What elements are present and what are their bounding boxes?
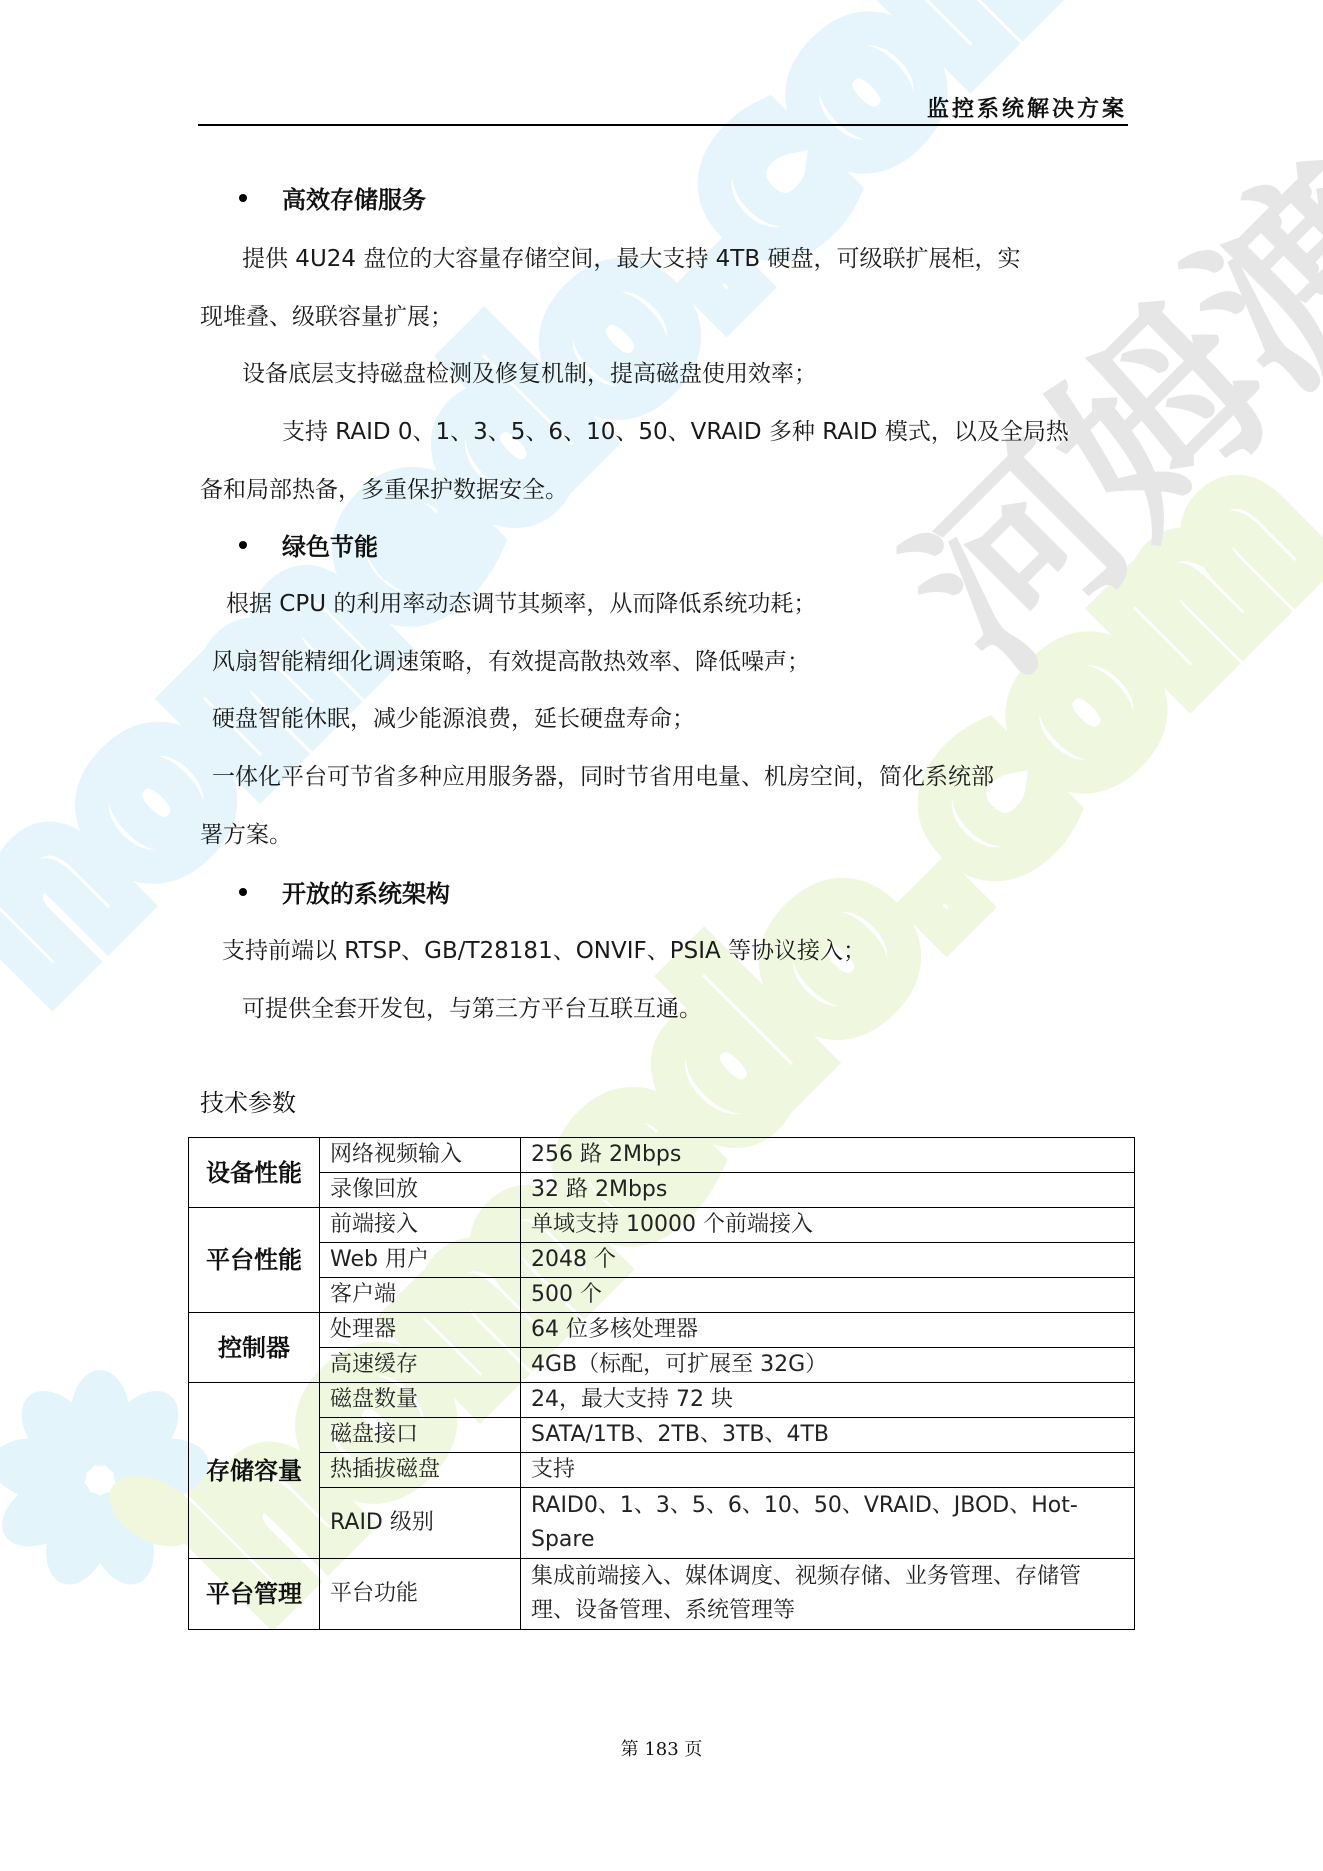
value-cell: 单域支持 10000 个前端接入 xyxy=(521,1208,1135,1243)
param-cell: 网络视频输入 xyxy=(320,1138,521,1173)
section-heading-text: 绿色节能 xyxy=(282,533,378,561)
value-cell: 集成前端接入、媒体调度、视频存储、业务管理、存储管理、设备管理、系统管理等 xyxy=(521,1559,1135,1630)
table-row: 平台管理 平台功能 集成前端接入、媒体调度、视频存储、业务管理、存储管理、设备管… xyxy=(189,1559,1135,1630)
section-heading-efficient-storage: 高效存储服务 xyxy=(240,180,426,215)
paragraph: 备和局部热备，多重保护数据安全。 xyxy=(200,471,568,504)
section-heading-open-architecture: 开放的系统架构 xyxy=(240,874,450,909)
section-heading-green-energy: 绿色节能 xyxy=(240,527,378,562)
spec-table: 设备性能 网络视频输入 256 路 2Mbps 录像回放 32 路 2Mbps … xyxy=(188,1137,1135,1630)
paragraph: 可提供全套开发包，与第三方平台互联互通。 xyxy=(242,990,702,1023)
table-row: 控制器 处理器 64 位多核处理器 xyxy=(189,1313,1135,1348)
table-row: 录像回放 32 路 2Mbps xyxy=(189,1173,1135,1208)
value-cell: RAID0、1、3、5、6、10、50、VRAID、JBOD、Hot-Spare xyxy=(521,1488,1135,1559)
param-cell: 处理器 xyxy=(320,1313,521,1348)
category-cell: 控制器 xyxy=(189,1313,320,1383)
table-row: 平台性能 前端接入 单域支持 10000 个前端接入 xyxy=(189,1208,1135,1243)
value-cell: 500 个 xyxy=(521,1278,1135,1313)
param-cell: 高速缓存 xyxy=(320,1348,521,1383)
table-row: 高速缓存 4GB（标配，可扩展至 32G） xyxy=(189,1348,1135,1383)
document-page: 监控系统解决方案 高效存储服务 提供 4U24 盘位的大容量存储空间，最大支持 … xyxy=(0,0,1323,1871)
value-cell: SATA/1TB、2TB、3TB、4TB xyxy=(521,1418,1135,1453)
header-divider xyxy=(198,124,1128,126)
param-cell: 平台功能 xyxy=(320,1559,521,1630)
table-row: 设备性能 网络视频输入 256 路 2Mbps xyxy=(189,1138,1135,1173)
bullet-icon xyxy=(239,541,247,549)
value-cell: 256 路 2Mbps xyxy=(521,1138,1135,1173)
paragraph: 提供 4U24 盘位的大容量存储空间，最大支持 4TB 硬盘，可级联扩展柜，实 xyxy=(242,240,1020,273)
value-cell: 24，最大支持 72 块 xyxy=(521,1383,1135,1418)
paragraph: 支持 RAID 0、1、3、5、6、10、50、VRAID 多种 RAID 模式… xyxy=(282,413,1069,446)
category-cell: 设备性能 xyxy=(189,1138,320,1208)
param-cell: RAID 级别 xyxy=(320,1488,521,1559)
param-cell: 前端接入 xyxy=(320,1208,521,1243)
paragraph: 风扇智能精细化调速策略，有效提高散热效率、降低噪声； xyxy=(212,643,810,676)
table-row: 热插拔磁盘 支持 xyxy=(189,1453,1135,1488)
param-cell: 客户端 xyxy=(320,1278,521,1313)
paragraph: 现堆叠、级联容量扩展； xyxy=(200,298,453,331)
paragraph: 署方案。 xyxy=(200,816,292,849)
spec-table-title: 技术参数 xyxy=(200,1083,296,1118)
value-cell: 2048 个 xyxy=(521,1243,1135,1278)
table-row: Web 用户 2048 个 xyxy=(189,1243,1135,1278)
table-row: 磁盘接口 SATA/1TB、2TB、3TB、4TB xyxy=(189,1418,1135,1453)
table-row: 存储容量 磁盘数量 24，最大支持 72 块 xyxy=(189,1383,1135,1418)
param-cell: Web 用户 xyxy=(320,1243,521,1278)
param-cell: 热插拔磁盘 xyxy=(320,1453,521,1488)
page-number: 第 183 页 xyxy=(0,1735,1323,1761)
paragraph: 设备底层支持磁盘检测及修复机制，提高磁盘使用效率； xyxy=(242,355,817,388)
table-row: 客户端 500 个 xyxy=(189,1278,1135,1313)
paragraph: 一体化平台可节省多种应用服务器，同时节省用电量、机房空间，简化系统部 xyxy=(212,758,994,791)
category-cell: 平台管理 xyxy=(189,1559,320,1630)
value-cell: 支持 xyxy=(521,1453,1135,1488)
section-heading-text: 高效存储服务 xyxy=(282,186,426,214)
category-cell: 存储容量 xyxy=(189,1383,320,1559)
paragraph: 根据 CPU 的利用率动态调节其频率，从而降低系统功耗； xyxy=(226,585,816,618)
value-cell: 32 路 2Mbps xyxy=(521,1173,1135,1208)
param-cell: 磁盘数量 xyxy=(320,1383,521,1418)
paragraph: 硬盘智能休眠，减少能源浪费，延长硬盘寿命； xyxy=(212,700,695,733)
param-cell: 磁盘接口 xyxy=(320,1418,521,1453)
header-title: 监控系统解决方案 xyxy=(927,92,1127,123)
bullet-icon xyxy=(239,888,247,896)
value-cell: 64 位多核处理器 xyxy=(521,1313,1135,1348)
category-cell: 平台性能 xyxy=(189,1208,320,1313)
paragraph: 支持前端以 RTSP、GB/T28181、ONVIF、PSIA 等协议接入； xyxy=(222,932,866,965)
value-cell: 4GB（标配，可扩展至 32G） xyxy=(521,1348,1135,1383)
param-cell: 录像回放 xyxy=(320,1173,521,1208)
table-row: RAID 级别 RAID0、1、3、5、6、10、50、VRAID、JBOD、H… xyxy=(189,1488,1135,1559)
bullet-icon xyxy=(239,194,247,202)
section-heading-text: 开放的系统架构 xyxy=(282,880,450,908)
